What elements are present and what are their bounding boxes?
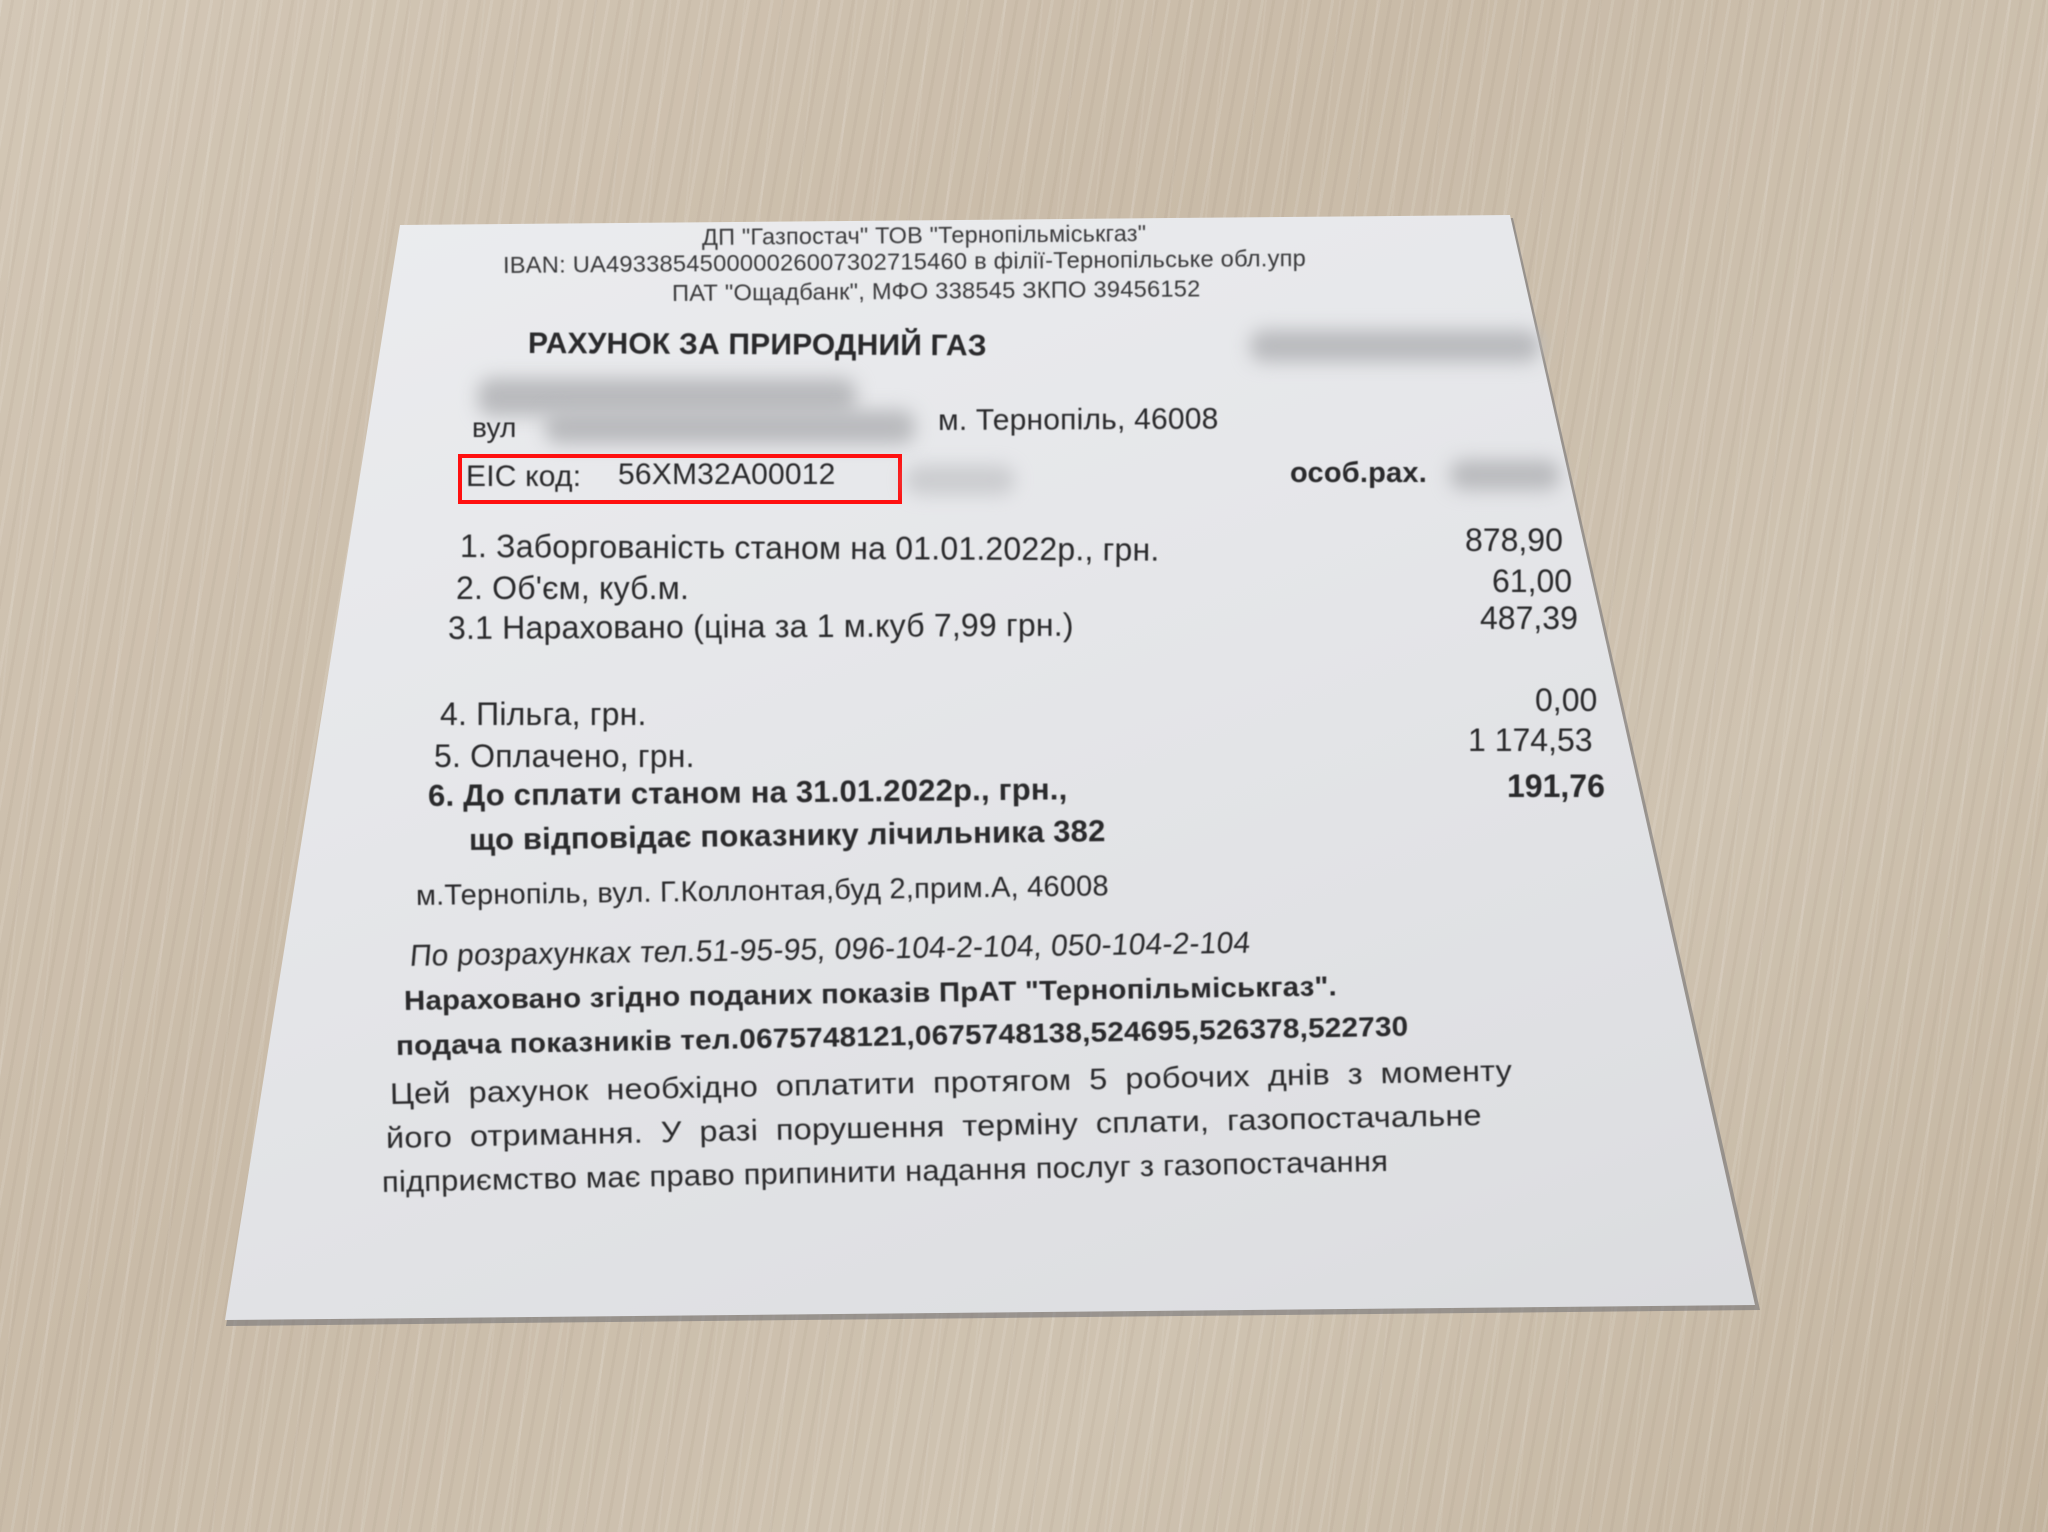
line-item-debt: 1. Заборгованість станом на 01.01.2022р.…	[460, 528, 1160, 569]
line-item-accrued-value: 487,39	[1480, 600, 1578, 637]
bank-line: ПАТ "Ощадбанк", МФО 338545 ЗКПО 39456152	[672, 275, 1201, 307]
bill-title: РАХУНОК ЗА ПРИРОДНИЙ ГАЗ	[528, 327, 987, 363]
line-item-paid-value: 1 174,53	[1468, 722, 1593, 759]
redacted-account-number	[1450, 460, 1560, 490]
line-item-due-value: 191,76	[1507, 768, 1605, 805]
redacted-street	[545, 410, 915, 444]
city-line: м. Тернопіль, 46008	[938, 403, 1219, 438]
line-item-accrued: 3.1 Нараховано (ціна за 1 м.куб 7,99 грн…	[448, 607, 1074, 647]
eic-highlight-box	[458, 454, 902, 504]
line-item-due: 6. До сплати станом на 31.01.2022р., грн…	[428, 771, 1068, 814]
line-item-volume: 2. Об'єм, куб.м.	[456, 570, 689, 607]
account-label: особ.рах.	[1290, 457, 1427, 490]
redacted-name-top	[1250, 330, 1540, 362]
line-item-benefit-value: 0,00	[1535, 682, 1597, 719]
street-prefix: вул	[472, 412, 517, 444]
line-item-benefit: 4. Пільга, грн.	[440, 696, 647, 733]
redacted-eic-tail	[905, 465, 1015, 495]
line-item-paid: 5. Оплачено, грн.	[434, 738, 695, 775]
line-item-debt-value: 878,90	[1465, 522, 1563, 559]
line-item-volume-value: 61,00	[1492, 563, 1572, 600]
